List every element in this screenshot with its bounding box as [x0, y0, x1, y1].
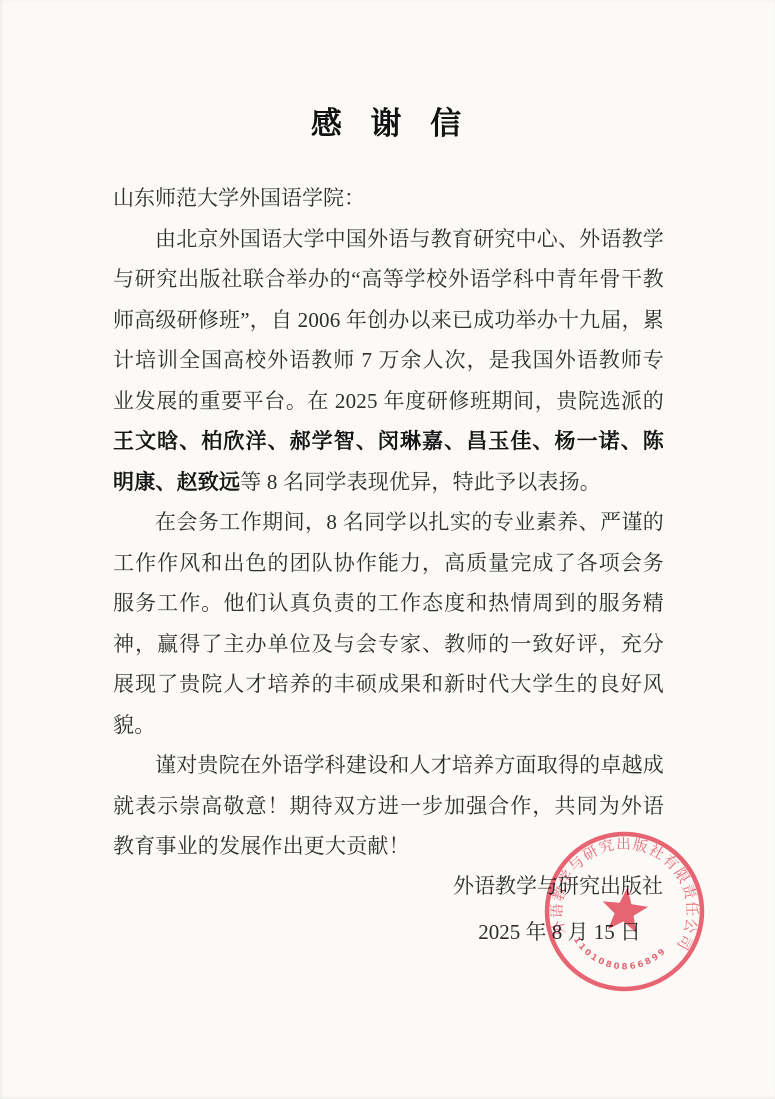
letter-body: 山东师范大学外国语学院： 由北京外国语大学中国外语与教育研究中心、外语教学与研究… [113, 178, 664, 867]
paragraph: 在会务工作期间，8 名同学以扎实的专业素养、严谨的工作作风和出色的团队协作能力，… [113, 502, 664, 745]
paragraph-text: 在会务工作期间，8 名同学以扎实的专业素养、严谨的工作作风和出色的团队协作能力，… [113, 510, 664, 737]
paragraph-text: 等 8 名同学表现优异，特此予以表扬。 [240, 470, 601, 494]
paragraph-text: 由北京外国语大学中国外语与教育研究中心、外语教学与研究出版社联合举办的“高等学校… [113, 227, 664, 413]
letter-title: 感 谢 信 [0, 98, 775, 143]
paragraph-text: 谨对贵院在外语学科建设和人才培养方面取得的卓越成就表示崇高敬意！期待双方进一步加… [113, 753, 664, 858]
salutation: 山东师范大学外国语学院： [113, 178, 664, 219]
signature-date: 2025 年 8 月 15 日 [453, 912, 663, 952]
paragraph: 谨对贵院在外语学科建设和人才培养方面取得的卓越成就表示崇高敬意！期待双方进一步加… [113, 745, 664, 867]
letter-page: 感 谢 信 山东师范大学外国语学院： 由北京外国语大学中国外语与教育研究中心、外… [0, 0, 775, 1099]
signature-org: 外语教学与研究出版社 [453, 866, 663, 906]
body-paragraphs: 由北京外国语大学中国外语与教育研究中心、外语教学与研究出版社联合举办的“高等学校… [113, 219, 664, 867]
signature-block: 外语教学与研究出版社 2025 年 8 月 15 日 [453, 866, 663, 952]
paragraph: 由北京外国语大学中国外语与教育研究中心、外语教学与研究出版社联合举办的“高等学校… [113, 219, 664, 503]
